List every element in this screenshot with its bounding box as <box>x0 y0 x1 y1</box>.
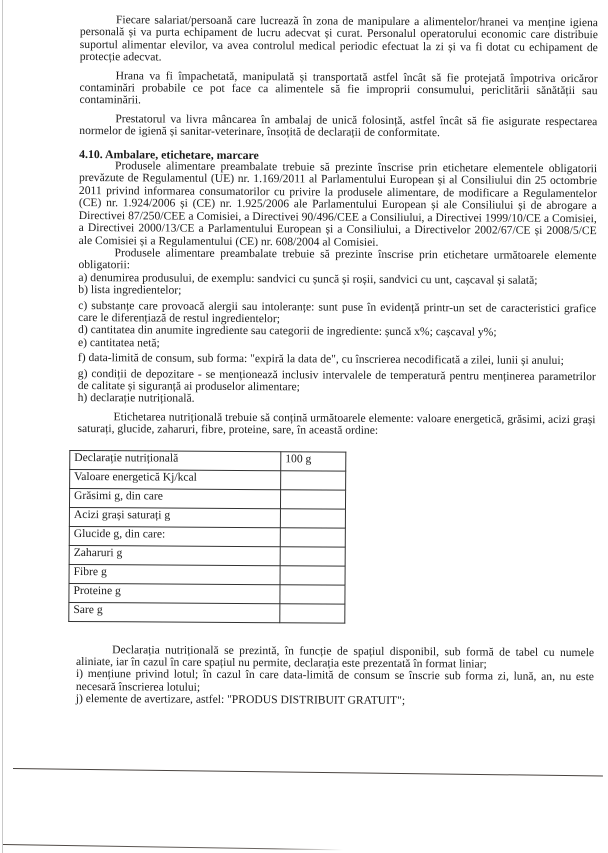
nutrient-label: Fibre g <box>69 564 280 584</box>
list-item: e) cantitatea netă; <box>78 337 596 353</box>
nutrient-label: Proteine g <box>69 583 280 603</box>
list-item: f) data-limită de consum, sub forma: "ex… <box>78 352 596 368</box>
nutrient-value <box>280 565 345 584</box>
additional-elements-list: i) mențiune privind lotul; în cazul în c… <box>76 668 594 708</box>
nutrient-label: Grăsimi g, din care <box>69 488 280 508</box>
nutrient-value <box>280 527 345 546</box>
nutrient-value <box>280 508 345 527</box>
table-row: Glucide g, din care: <box>69 526 345 547</box>
table-row: Fibre g <box>69 564 345 585</box>
nutrient-label: Zaharuri g <box>69 545 280 565</box>
nutrient-label: Valoare energetică Kj/kcal <box>70 469 281 489</box>
nutrient-value <box>280 603 345 622</box>
nutrient-value <box>281 470 346 489</box>
paragraph-nutrition-intro: Etichetarea nutrițională trebuie să conț… <box>77 411 595 439</box>
list-item: h) declarație nutrițională. <box>78 392 596 408</box>
nutrition-table: Declarație nutrițională 100 g Valoare en… <box>68 450 346 624</box>
nutrient-label: Sare g <box>69 602 280 622</box>
table-row: Acizi grași saturați g <box>69 507 345 528</box>
table-header-value: 100 g <box>281 451 346 470</box>
mandatory-elements-list: a) denumirea produsului, de exemplu: san… <box>78 272 597 408</box>
nutrient-value <box>280 489 345 508</box>
paragraph-hygiene: Fiecare salariat/persoană care lucrează … <box>80 14 598 67</box>
table-row: Sare g <box>69 602 345 623</box>
table-row: Valoare energetică Kj/kcal <box>70 469 346 490</box>
table-row: Zaharuri g <box>69 545 345 566</box>
paragraph-delivery: Prestatorul va livra mâncarea în ambalaj… <box>79 113 597 141</box>
nutrient-value <box>280 546 345 565</box>
table-header-label: Declarație nutrițională <box>70 450 281 470</box>
nutrient-label: Glucide g, din care: <box>69 526 280 546</box>
table-row: Grăsimi g, din care <box>69 488 345 509</box>
nutrient-value <box>280 584 345 603</box>
table-row: Proteine g <box>69 583 345 604</box>
scan-left-border <box>2 0 3 853</box>
document-page: Fiecare salariat/persoană care lucrează … <box>76 14 598 709</box>
list-item: j) elemente de avertizare, astfel: "PROD… <box>76 693 594 709</box>
table-header-row: Declarație nutrițională 100 g <box>70 450 346 471</box>
bottom-edge-line <box>3 844 343 850</box>
nutrient-label: Acizi grași saturați g <box>69 507 280 527</box>
paragraph-regulation: Produsele alimentare preambalate trebuie… <box>79 160 598 250</box>
paragraph-packaging: Hrana va fi împachetată, manipulată și t… <box>79 70 597 110</box>
footer-divider-line <box>13 768 603 777</box>
